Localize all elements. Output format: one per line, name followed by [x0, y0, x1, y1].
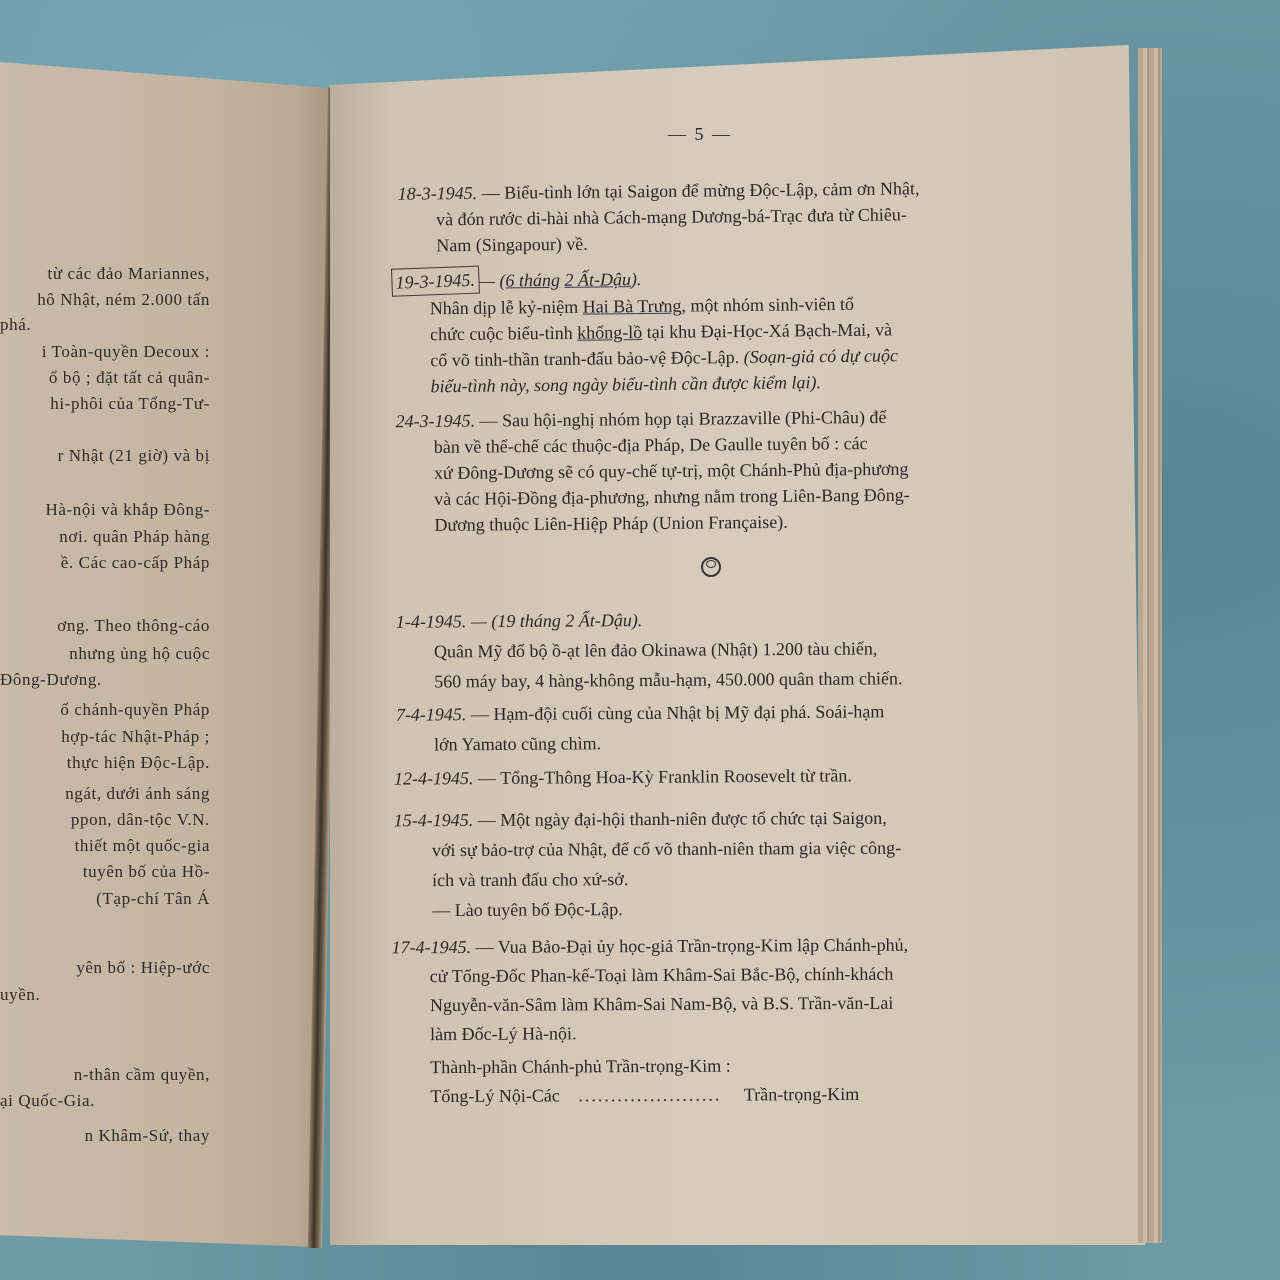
timeline-entry: 7-4-1945. — Hạm-đội cuối cùng của Nhật b… — [396, 696, 885, 759]
section-ornament-icon — [701, 557, 721, 577]
cabinet-role: Tổng-Lý Nội-Các — [430, 1085, 560, 1106]
entry-date: 12-4-1945. — [394, 768, 474, 789]
timeline-entry: 17-4-1945. — Vua Bảo-Đại ủy học-giả Trần… — [392, 931, 909, 1112]
underlined-text: Hai Bà Trưng — [583, 296, 682, 317]
entry-date-boxed: 19-3-1945. — [391, 266, 479, 297]
timeline-entry: 19-3-1945.— (6 tháng 2 Ất-Dậu). Nhân dịp… — [391, 262, 898, 399]
entry-text: và đón rước di-hài nhà Cách-mạng Dương-b… — [398, 201, 920, 232]
entry-text: — Biểu-tình lớn tại Saigon để mừng Độc-L… — [477, 178, 919, 203]
cabinet-heading: Thành-phần Chánh-phủ Trần-trọng-Kim : — [392, 1051, 909, 1083]
timeline-entry: 24-3-1945. — Sau hội-nghị nhóm họp tại B… — [395, 404, 910, 538]
entry-date: 18-3-1945. — [398, 183, 478, 204]
timeline-entry: 18-3-1945. — Biểu-tình lớn tại Saigon để… — [398, 175, 921, 258]
entry-date: 7-4-1945. — [396, 704, 467, 724]
entry-date: 17-4-1945. — [392, 937, 472, 957]
entry-text: Nam (Singapour) về. — [398, 227, 920, 258]
timeline-entry: 12-4-1945. — Tổng-Thông Hoa-Kỳ Franklin … — [394, 762, 852, 791]
page-number: — 5 — — [668, 124, 732, 145]
entry-date: 15-4-1945. — [394, 810, 474, 830]
cabinet-row: Tổng-Lý Nội-Các ...................... T… — [392, 1080, 909, 1112]
underlined-text: khổng-lồ — [577, 322, 642, 343]
entry-date: 24-3-1945. — [395, 411, 475, 432]
cabinet-name: Trần-trọng-Kim — [744, 1084, 859, 1105]
dot-leader: ...................... — [578, 1085, 721, 1106]
right-page-content: — 5 — 18-3-1945. — Biểu-tình lớn tại Sai… — [0, 0, 1280, 1280]
timeline-entry: 1-4-1945. — (19 tháng 2 Ất-Dậu). Quân Mỹ… — [396, 603, 903, 697]
entry-date: 1-4-1945. — [396, 611, 467, 631]
timeline-entry: 15-4-1945. — Một ngày đại-hội thanh-niên… — [394, 803, 902, 926]
